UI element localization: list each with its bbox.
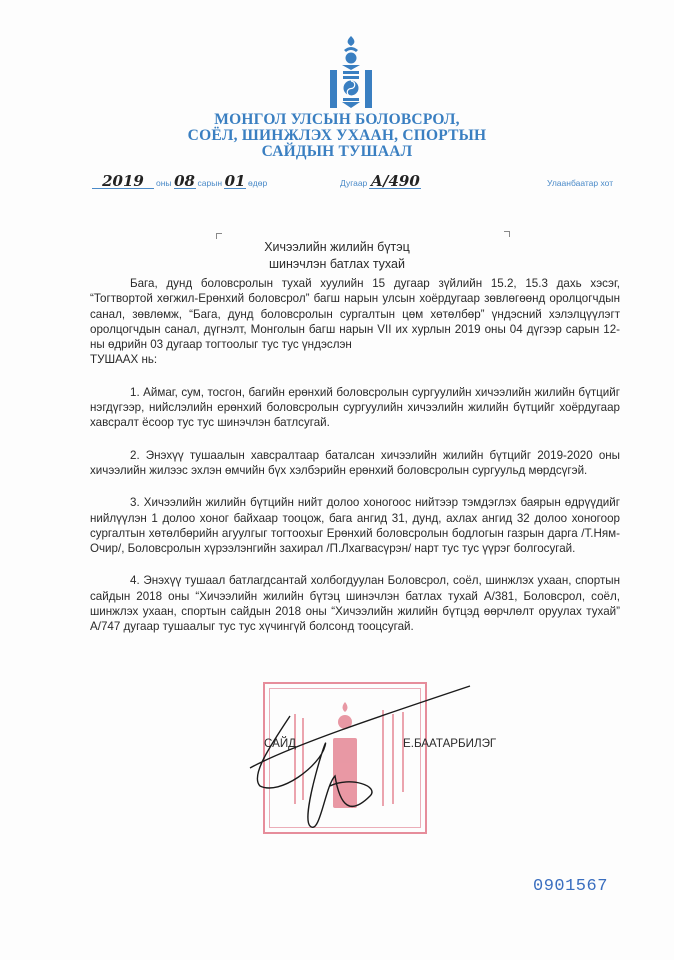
document-page: МОНГОЛ УЛСЫН БОЛОВСРОЛ, СОЁЛ, ШИНЖЛЭХ УХ…	[0, 0, 674, 960]
subject-line: Хичээлийн жилийн бүтэц	[0, 239, 674, 256]
serial-number: 0901567	[533, 877, 608, 896]
date-day: 01	[224, 174, 246, 189]
corner-mark-right	[504, 231, 510, 237]
order-subject: Хичээлийн жилийн бүтэц шинэчлэн батлах т…	[0, 239, 674, 273]
number-value: А/490	[369, 174, 421, 189]
order-item: 1. Аймаг, сум, тосгон, багийн ерөнхий бо…	[90, 385, 620, 431]
order-date: 2019оны08сарын01өдөр	[92, 174, 269, 189]
month-label: сарын	[198, 178, 223, 188]
order-item: 4. Энэхүү тушаал батлагдсантай холбогдуу…	[90, 573, 620, 634]
subject-line: шинэчлэн батлах тухай	[0, 256, 674, 273]
order-body: Бага, дунд боловсролын тухай хуулийн 15 …	[90, 276, 620, 652]
ministry-line: СОЁЛ, ШИНЖЛЭХ УХААН, СПОРТЫН	[0, 128, 674, 144]
number-label: Дугаар	[340, 178, 367, 188]
order-item: 3. Хичээлийн жилийн бүтцийн нийт долоо х…	[90, 495, 620, 556]
ministry-line: САЙДЫН ТУШААЛ	[0, 144, 674, 160]
city-label: Улаанбаатар хот	[547, 178, 613, 188]
order-item: 2. Энэхүү тушаалын хавсралтаар баталсан …	[90, 448, 620, 479]
handwritten-signature-icon	[230, 676, 490, 856]
date-year: 2019	[92, 174, 154, 189]
year-label: оны	[156, 178, 172, 188]
date-month: 08	[174, 174, 196, 189]
order-word: ТУШААХ нь:	[90, 352, 620, 367]
preamble: Бага, дунд боловсролын тухай хуулийн 15 …	[90, 276, 620, 352]
day-label: өдөр	[248, 178, 267, 188]
ministry-heading: МОНГОЛ УЛСЫН БОЛОВСРОЛ, СОЁЛ, ШИНЖЛЭХ УХ…	[0, 112, 674, 160]
ministry-line: МОНГОЛ УЛСЫН БОЛОВСРОЛ,	[0, 112, 674, 128]
soyombo-emblem-icon	[326, 34, 376, 112]
order-meta: 2019оны08сарын01өдөр ДугаарА/490 Улаанба…	[0, 174, 674, 196]
order-number: ДугаарА/490	[338, 174, 421, 189]
